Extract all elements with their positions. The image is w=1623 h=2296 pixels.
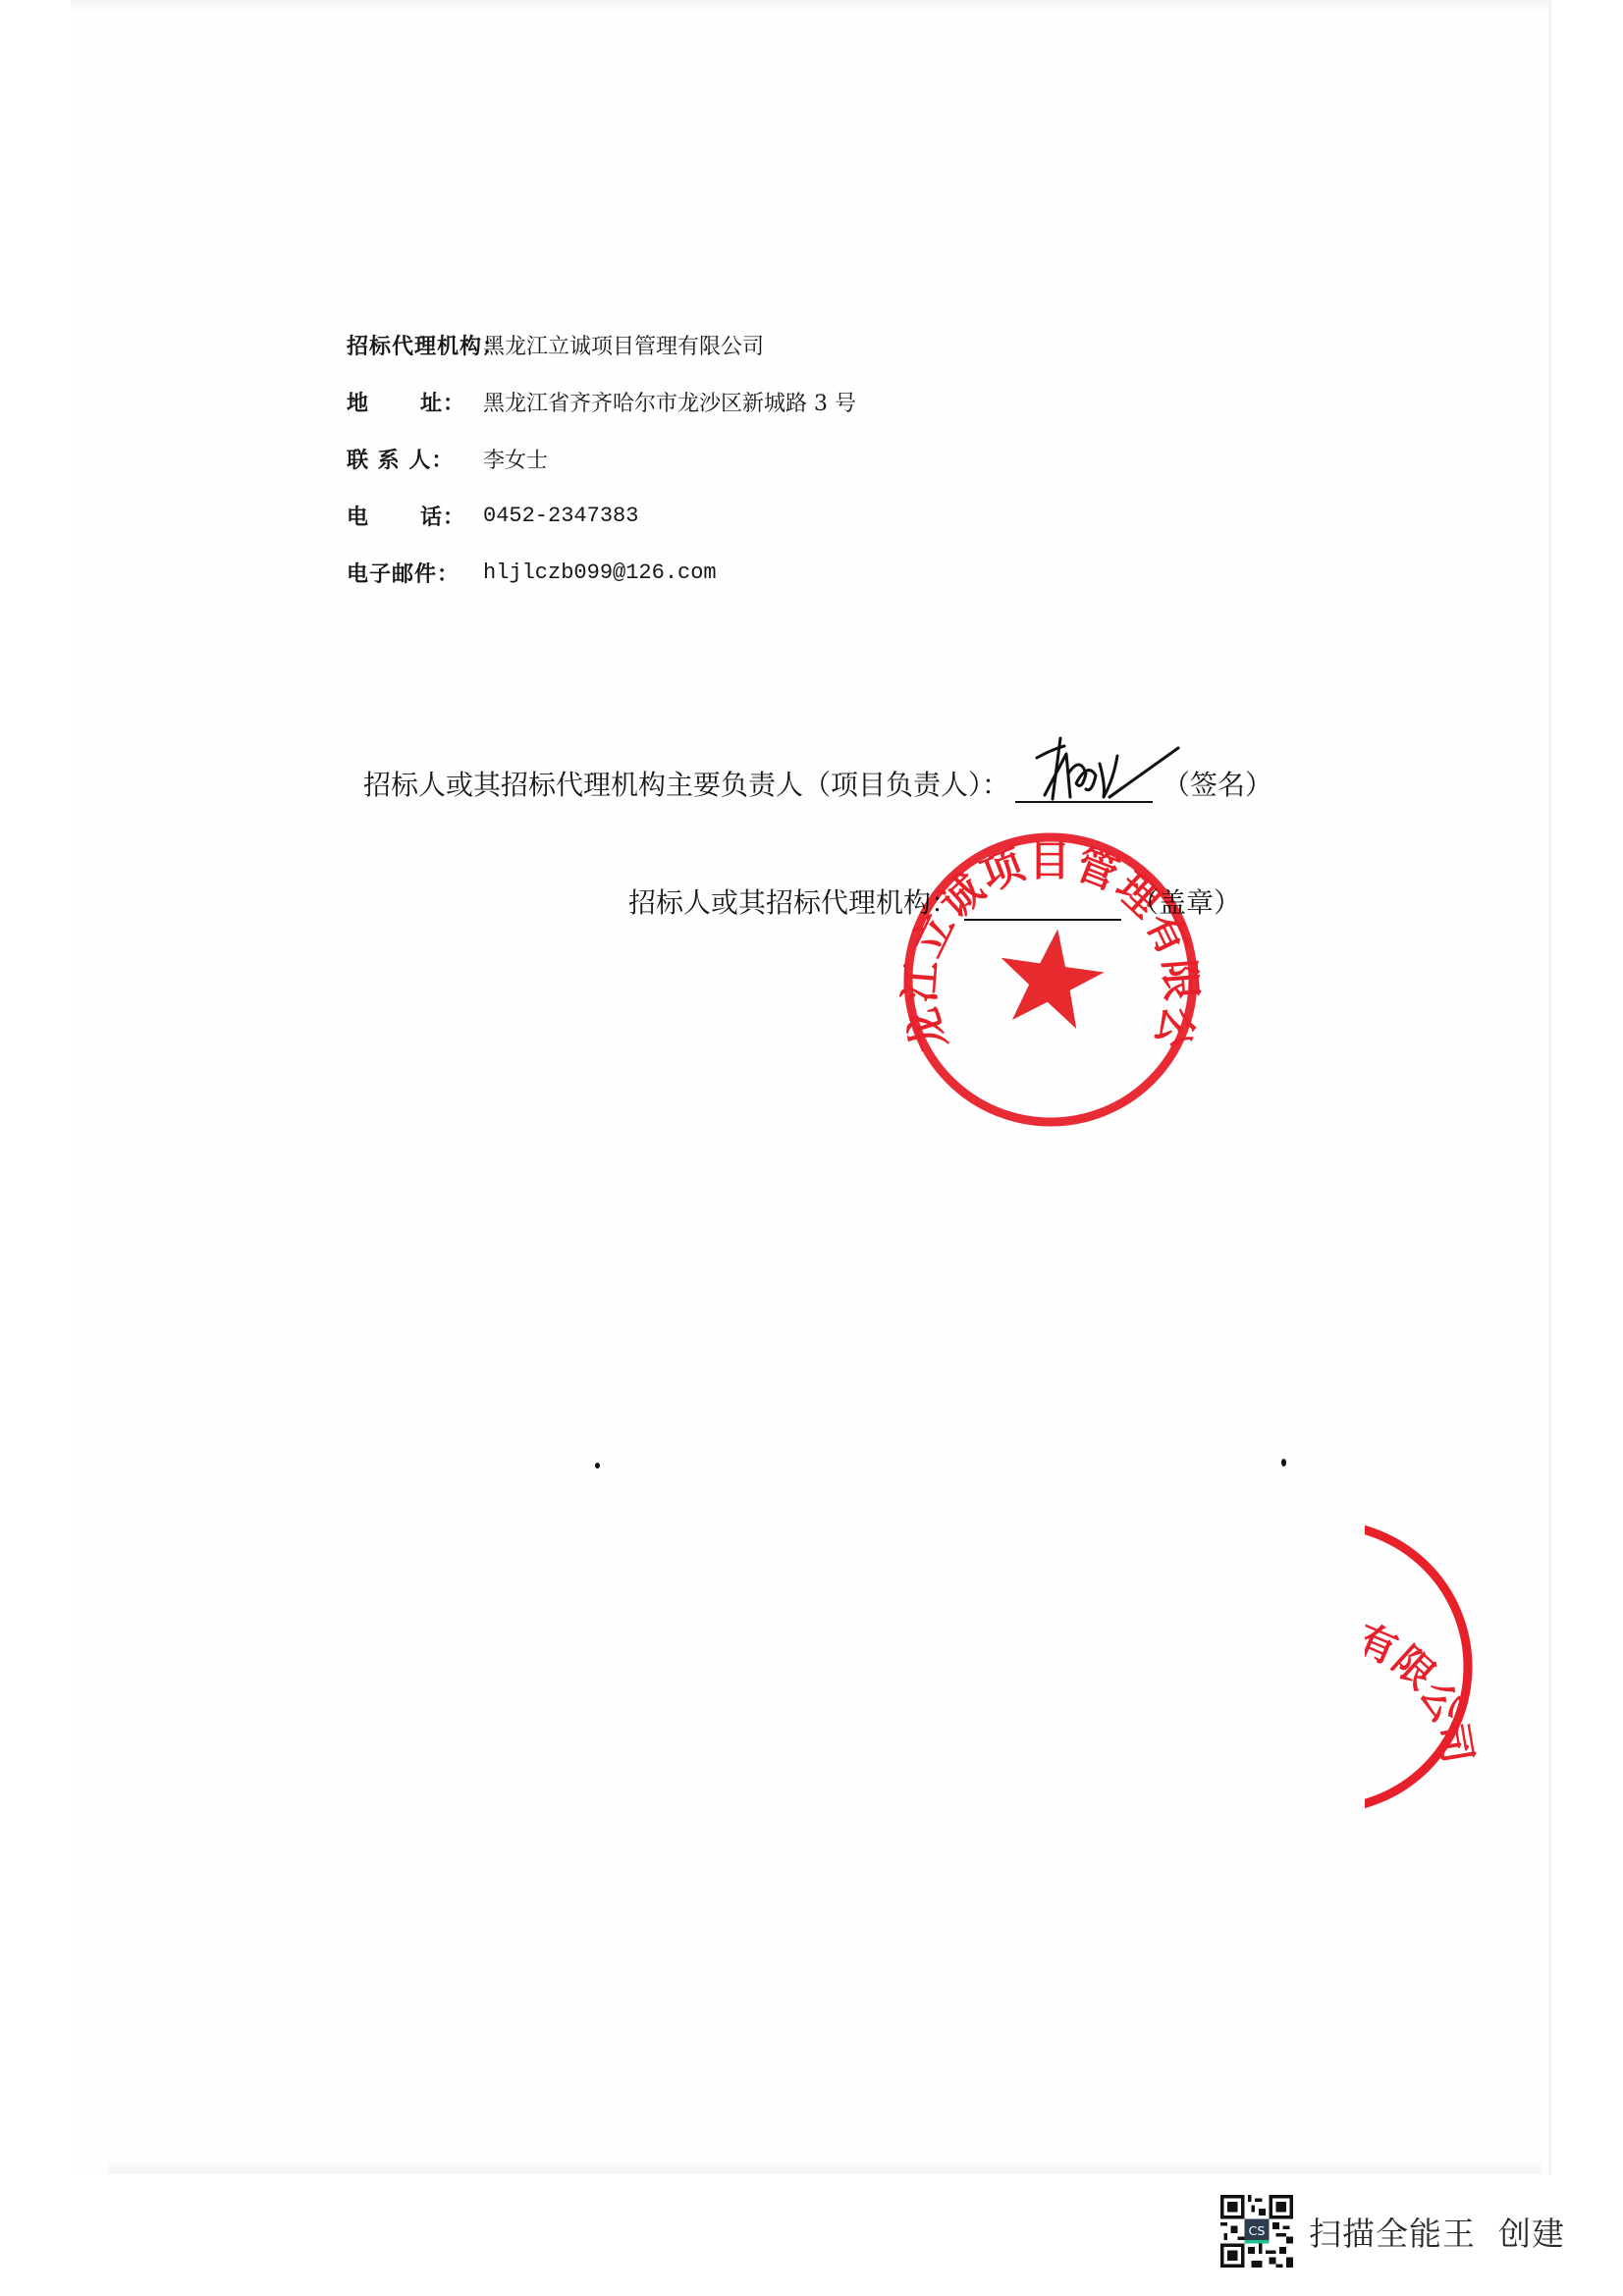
info-row-contact: 联 系 人： 李女士	[347, 430, 856, 487]
company-seal: 黑龙江立诚项目管理有限公司	[895, 825, 1206, 1135]
svg-text:黑龙江立诚项目管理有限公司: 黑龙江立诚项目管理有限公司	[895, 825, 1206, 1056]
scan-edge-top	[71, 0, 1549, 12]
info-value: 0452-2347383	[483, 504, 638, 528]
qr-code-icon[interactable]: CS	[1220, 2195, 1293, 2268]
info-label: 电 话：	[347, 501, 483, 531]
scan-edge-bottom	[108, 2160, 1542, 2173]
watermark-text: 扫描全能王 创建	[1309, 2209, 1565, 2255]
info-label: 联 系 人：	[347, 444, 483, 474]
signature-label: 招标人或其招标代理机构主要负责人（项目负责人）：	[363, 769, 1009, 801]
star-icon	[993, 922, 1109, 1032]
svg-text:管理有限公司: 管理有限公司	[1267, 1611, 1480, 1767]
contact-info: 招标代理机构： 黑龙江立诚项目管理有限公司 地 址： 黑龙江省齐齐哈尔市龙沙区新…	[347, 316, 856, 601]
info-label: 电子邮件：	[347, 558, 483, 588]
info-label: 招标代理机构：	[347, 330, 483, 360]
info-value: hljlczb099@126.com	[483, 561, 717, 585]
info-row-address: 地 址： 黑龙江省齐齐哈尔市龙沙区新城路 3 号	[347, 373, 856, 430]
info-value: 李女士	[483, 444, 548, 474]
info-value: 黑龙江立诚项目管理有限公司	[483, 330, 764, 360]
info-label: 地 址：	[347, 387, 483, 417]
camscanner-watermark: CS 扫描全能王 创建	[1220, 2192, 1565, 2270]
info-row-email: 电子邮件： hljlczb099@126.com	[347, 544, 856, 601]
info-row-phone: 电 话： 0452-2347383	[347, 487, 856, 544]
info-value: 黑龙江省齐齐哈尔市龙沙区新城路 3 号	[483, 387, 856, 417]
handwritten-signature	[1031, 734, 1198, 803]
scan-speck	[1281, 1459, 1286, 1467]
svg-text:CS: CS	[1249, 2223, 1266, 2238]
scan-speck	[595, 1463, 600, 1468]
partial-seal: 管理有限公司	[1168, 1512, 1492, 1822]
info-row-agency: 招标代理机构： 黑龙江立诚项目管理有限公司	[347, 316, 856, 373]
